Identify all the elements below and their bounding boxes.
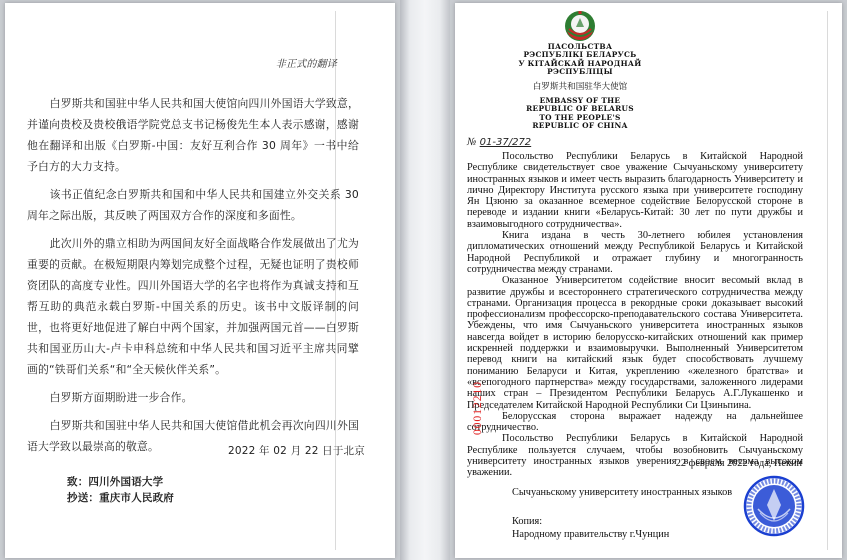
paragraph: Посольство Республики Беларусь в Китайск… (467, 151, 803, 230)
page-crease (827, 11, 828, 550)
paragraph: 此次川外的鼎立相助为两国间友好全面战略合作发展做出了尤为重要的贡献。在极短期限内… (27, 233, 359, 380)
original-letter-page: ПАСОЛЬСТВА РЭСПУБЛІКІ БЕЛАРУСЬ У КІТАЙСК… (455, 3, 842, 558)
date-place: 2022 年 02 月 22 日于北京 (228, 443, 365, 458)
paragraph: 该书正值纪念白罗斯共和国和中华人民共和国建立外交关系 30 周年之际出版，其反映… (27, 184, 359, 226)
copy-label: Копия: (512, 515, 669, 528)
paragraph: Книга издана в честь 30-летнего юбилея у… (467, 230, 803, 275)
paragraph: Белорусская сторона выражает надежду на … (467, 411, 803, 434)
copy-to: Народному правительству г.Чунцин (512, 528, 669, 541)
serial-number: 00012210 (472, 381, 484, 435)
addressee: Сычуаньскому университету иностранных яз… (512, 487, 732, 498)
page-gutter (400, 0, 450, 560)
translation-page: 非正式的翻译 白罗斯共和国驻中华人民共和国大使馆向四川外国语大学致意，并谨向贵校… (5, 3, 395, 558)
translation-body: 白罗斯共和国驻中华人民共和国大使馆向四川外国语大学致意，并谨向贵校及贵校俄语学院… (27, 93, 359, 464)
addressee-block: 致：四川外国语大学 抄送：重庆市人民政府 (67, 474, 174, 506)
paragraph: Оказанное Университетом содействие вноси… (467, 275, 803, 411)
header-english: EMBASSY OF THE REPUBLIC OF BELARUS TO TH… (455, 97, 705, 131)
header-chinese: 白罗斯共和国驻华大使馆 (455, 80, 705, 92)
header-belarusian: ПАСОЛЬСТВА РЭСПУБЛІКІ БЕЛАРУСЬ У КІТАЙСК… (455, 43, 705, 77)
embassy-seal-icon (743, 475, 805, 537)
letter-body: Посольство Республики Беларусь в Китайск… (467, 151, 803, 479)
paragraph: Посольство Республики Беларусь в Китайск… (467, 433, 803, 478)
translation-label: 非正式的翻译 (276, 55, 337, 70)
date-place: 22 февраля 2022 года, Пекин (676, 458, 802, 469)
paragraph: 白罗斯共和国驻中华人民共和国大使馆向四川外国语大学致意，并谨向贵校及贵校俄语学院… (27, 93, 359, 177)
addressee: 致：四川外国语大学 (67, 474, 174, 490)
belarus-state-emblem-icon (563, 9, 597, 43)
copy-block: Копия: Народному правительству г.Чунцин (512, 515, 669, 541)
reference-number: № 01-37/272 (467, 137, 531, 148)
paragraph: 白罗斯方面期盼进一步合作。 (27, 387, 359, 408)
copy-to: 抄送：重庆市人民政府 (67, 490, 174, 506)
